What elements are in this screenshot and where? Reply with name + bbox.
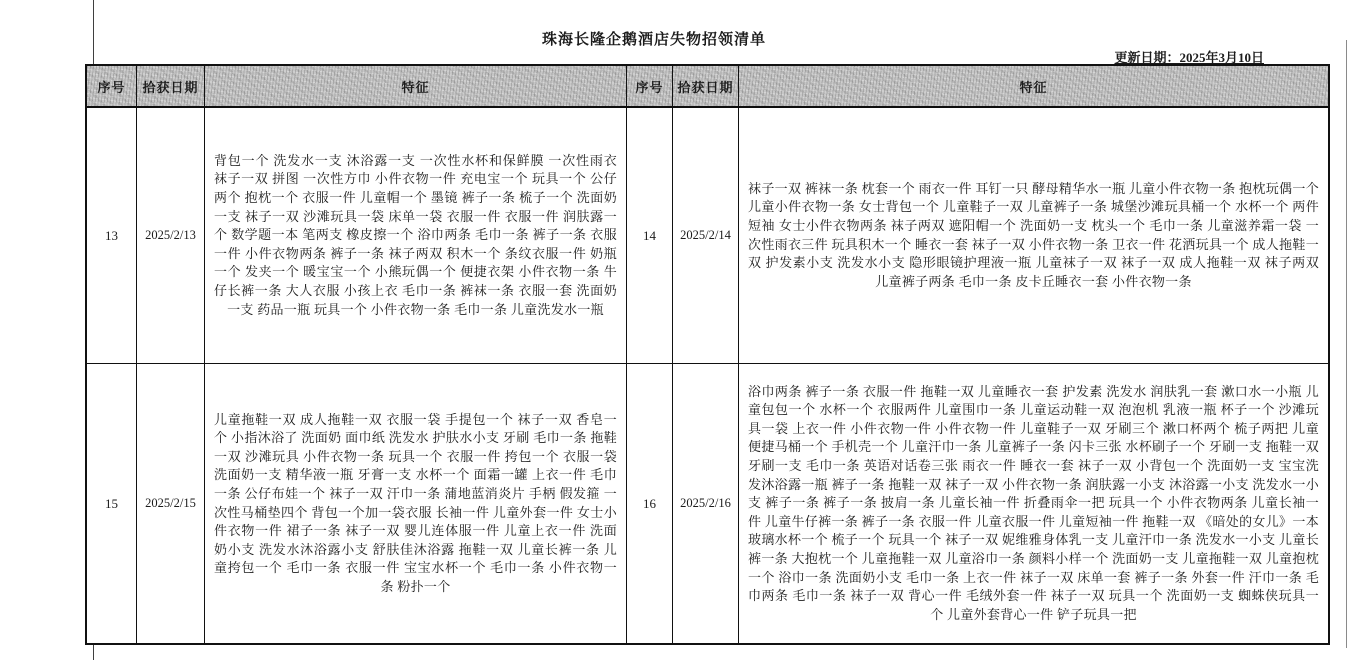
- row1-right-date: 2025/2/14: [673, 108, 739, 364]
- header-feature-left: 特征: [205, 66, 627, 108]
- row2-right-items: 浴巾两条 裤子一条 衣服一件 拖鞋一双 儿童睡衣一套 护发素 洗发水 润肤乳一套…: [739, 364, 1328, 643]
- row1-left-items: 背包一个 洗发水一支 沐浴露一支 一次性水杯和保鲜膜 一次性雨衣 袜子一双 拼图…: [205, 108, 627, 364]
- row2-left-date: 2025/2/15: [137, 364, 205, 643]
- row1-right-items-text: 袜子一双 裤袜一条 枕套一个 雨衣一件 耳钉一只 酵母精华水一瓶 儿童小件衣物一…: [748, 180, 1319, 292]
- row1-right-serial: 14: [627, 108, 673, 364]
- row2-left-items: 儿童拖鞋一双 成人拖鞋一双 衣服一袋 手提包一个 袜子一双 香皂一个 小指沐浴了…: [205, 364, 627, 643]
- scan-edge-line-right: [1346, 40, 1347, 648]
- row1-left-serial: 13: [87, 108, 137, 364]
- row2-right-items-text: 浴巾两条 裤子一条 衣服一件 拖鞋一双 儿童睡衣一套 护发素 洗发水 润肤乳一套…: [748, 383, 1319, 625]
- header-date-right: 拾获日期: [673, 66, 739, 108]
- page-title: 珠海长隆企鹅酒店失物招领清单: [542, 28, 766, 49]
- row1-right-items: 袜子一双 裤袜一条 枕套一个 雨衣一件 耳钉一只 酵母精华水一瓶 儿童小件衣物一…: [739, 108, 1328, 364]
- row2-right-date: 2025/2/16: [673, 364, 739, 643]
- row1-left-items-text: 背包一个 洗发水一支 沐浴露一支 一次性水杯和保鲜膜 一次性雨衣 袜子一双 拼图…: [214, 152, 617, 319]
- row2-left-items-text: 儿童拖鞋一双 成人拖鞋一双 衣服一袋 手提包一个 袜子一双 香皂一个 小指沐浴了…: [214, 411, 617, 597]
- document-page: 珠海长隆企鹅酒店失物招领清单 更新日期：2025年3月10日 序号 拾获日期 特…: [0, 0, 1360, 660]
- row2-right-serial: 16: [627, 364, 673, 643]
- header-date-left: 拾获日期: [137, 66, 205, 108]
- header-index-right: 序号: [627, 66, 673, 108]
- row2-left-serial: 15: [87, 364, 137, 643]
- row1-left-date: 2025/2/13: [137, 108, 205, 364]
- header-feature-right: 特征: [739, 66, 1328, 108]
- lost-items-table: 序号 拾获日期 特征 序号 拾获日期 特征 13 2025/2/13 背包一个 …: [85, 64, 1330, 645]
- header-index-left: 序号: [87, 66, 137, 108]
